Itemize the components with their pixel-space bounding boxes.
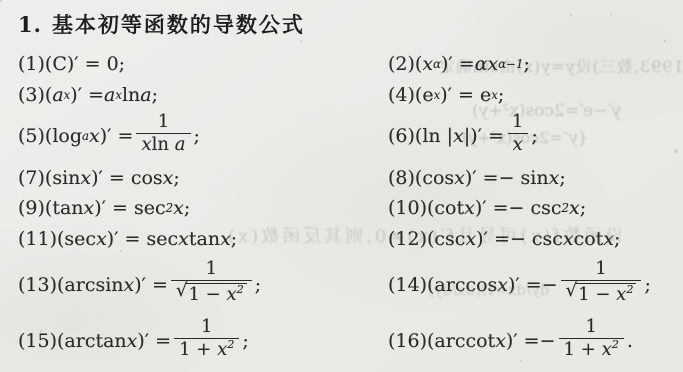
italic-variable: x [454,167,465,189]
italic-variable: x [178,228,189,250]
formula-14: (14)(arccos x)′ =− 1√1 − x2; [372,256,683,313]
italic-variable: x [495,330,506,352]
fraction: 1xln a [136,112,190,156]
denominator: √1 − x2 [171,280,252,306]
square-root: √1 − x2 [176,283,247,306]
formula-row: (7)(sin x)′ = cos x;(8)(cos x)′ =− sin x… [0,162,683,193]
superscript: 2 [227,338,234,351]
italic-variable: x [124,274,135,296]
formula-row: (5)(logax)′ = 1xln a;(6)(ln | x |)′ = 1x… [0,110,683,162]
radical-sign: √ [176,282,188,300]
superscript: 2 [612,338,619,351]
italic-variable: x [89,125,100,147]
formula-1: (1)(C)′ = 0; [0,47,372,80]
formula-11: (11)(sec x)′ = sec xtan x; [0,222,372,256]
formula-12: (12)(csc x)′ =− csc xcot x; [372,222,683,256]
italic-variable: a [140,84,151,106]
italic-variable: x [616,284,626,305]
formula-9: (9)(tan x)′ = sec2x; [0,193,372,222]
italic-variable: x [497,274,508,296]
formula-5: (5)(logax)′ = 1xln a; [0,110,372,162]
formula-2: (2)(xα)′ = αxα−1; [372,47,683,80]
italic-variable: x [422,53,433,75]
fraction: 11 + x2 [174,317,239,361]
formula-row: (11)(sec x)′ = sec xtan x;(12)(csc x)′ =… [0,222,683,256]
fraction: 11 + x2 [559,317,624,361]
scanned-textbook-page: (1993,数三)设y=y(x)由sin确定 y′−e′=2cos(x²+y) … [0,0,683,372]
formula-10: (10)(cot x)′ =− csc2x; [372,193,683,222]
italic-variable: a [175,134,186,155]
formula-row: (1)(C)′ = 0;(2)(xα)′ = αxα−1; [0,47,683,80]
italic-variable: x [141,134,151,155]
denominator: 1 + x2 [174,338,239,361]
denominator: xln a [136,133,190,156]
formula-4: (4)(ex)′ = ex; [372,80,683,110]
radicand: 1 − x2 [186,283,246,306]
italic-variable: x [80,167,91,189]
formula-row: (9)(tan x)′ = sec2x;(10)(cot x)′ =− csc2… [0,193,683,222]
fraction: 1√1 − x2 [561,259,642,306]
formula-row: (15)(arctan x)′ = 11 + x2;(16)(arccotx)′… [0,313,683,369]
section-title-text: 基本初等函数的导数公式 [52,13,305,37]
italic-variable: αx [475,53,499,75]
superscript: 2 [237,283,244,296]
square-root: √1 − x2 [566,283,637,306]
italic-variable: x [127,330,138,352]
paper-noise-specks [0,0,2,2]
italic-variable: x [84,197,95,219]
formula-8: (8)(cos x)′ =− sin x; [372,162,683,193]
italic-variable: x [603,228,614,250]
formula-16: (16)(arccotx)′ =− 11 + x2. [372,313,683,369]
numerator: 1 [580,317,601,338]
formula-13: (13)(arcsin x)′ = 1√1 − x2; [0,256,372,313]
italic-variable: x [226,284,236,305]
radicand: 1 − x2 [576,283,636,306]
fraction: 1x [507,112,528,156]
denominator: x [508,133,528,156]
section-number: 1. [18,12,42,37]
denominator: 1 + x2 [559,338,624,361]
numerator: 1 [201,259,222,280]
numerator: 1 [507,112,528,133]
italic-variable: x [465,228,476,250]
radical-sign: √ [566,282,578,300]
italic-variable: x [96,228,107,250]
italic-variable: x [569,197,580,219]
fraction: 1√1 − x2 [171,259,252,306]
formula-7: (7)(sin x)′ = cos x; [0,162,372,193]
italic-variable: x [464,197,475,219]
italic-variable: x [563,228,574,250]
italic-variable: x [602,339,612,360]
formula-6: (6)(ln | x |)′ = 1x; [372,110,683,162]
numerator: 1 [590,259,611,280]
formula-grid: (1)(C)′ = 0;(2)(xα)′ = αxα−1;(3)(ax)′ = … [0,47,683,369]
superscript: 2 [626,283,633,296]
italic-variable: x [217,339,227,360]
formula-row: (3)(ax)′ = axln a;(4)(ex)′ = ex; [0,80,683,110]
italic-variable: x [513,134,523,155]
italic-variable: x [163,167,174,189]
italic-variable: a [52,84,63,106]
formula-3: (3)(ax)′ = axln a; [0,80,372,110]
numerator: 1 [196,317,217,338]
italic-variable: x [173,197,184,219]
italic-variable: x [220,228,231,250]
formula-row: (13)(arcsin x)′ = 1√1 − x2;(14)(arccos x… [0,256,683,313]
formula-15: (15)(arctan x)′ = 11 + x2; [0,313,372,369]
denominator: √1 − x2 [561,280,642,306]
italic-variable: x [549,167,560,189]
italic-variable: a [104,84,115,106]
numerator: 1 [153,112,174,133]
italic-variable: x [453,125,464,147]
section-title: 1.基本初等函数的导数公式 [18,9,305,39]
